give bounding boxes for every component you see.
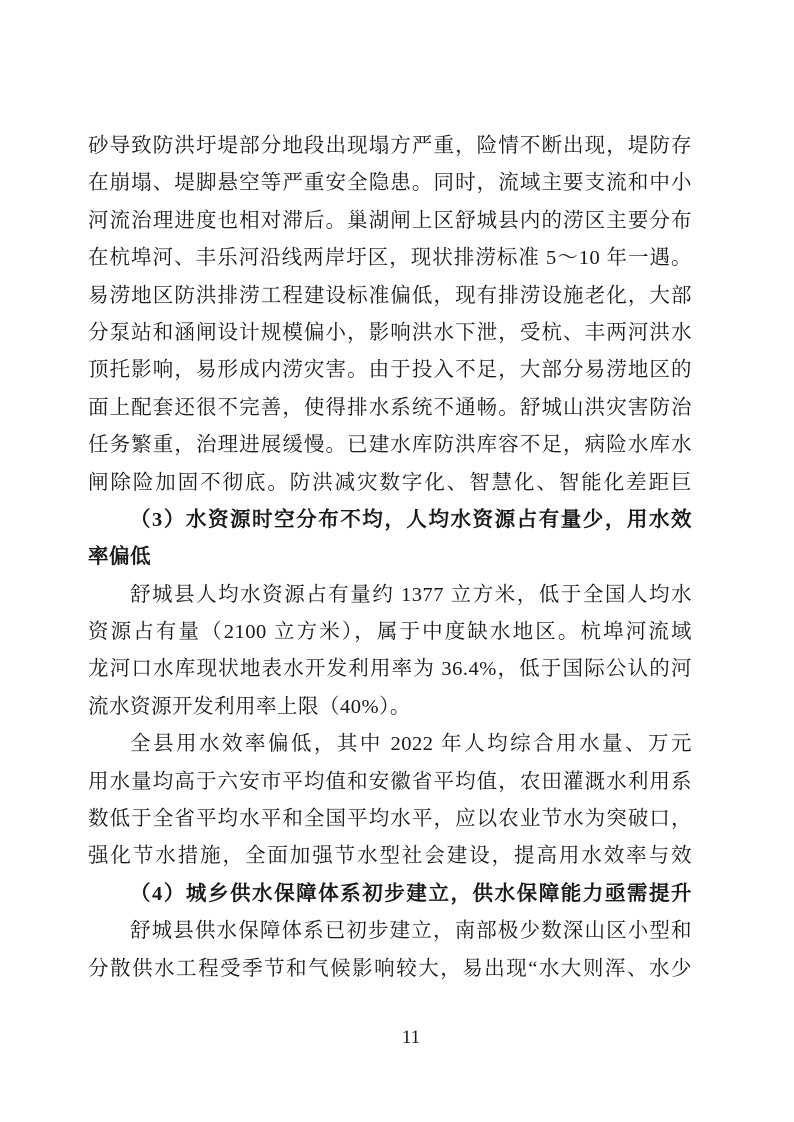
heading-line: （3）水资源时空分布不均，人均水资源占有量少，用水效 [88, 502, 692, 539]
body-line: 分散供水工程受季节和气候影响较大，易出现“水大则浑、水少 [88, 951, 692, 988]
body-line: 顶托影响，易形成内涝灾害。由于投入不足，大部分易涝地区的 [88, 352, 692, 389]
body-line: 龙河口水库现状地表水开发利用率为 36.4%，低于国际公认的河 [88, 651, 692, 688]
body-line: 砂导致防洪圩堤部分地段出现塌方严重，险情不断出现，堤防存 [88, 128, 692, 165]
body-line: 舒城县供水保障体系已初步建立，南部极少数深山区小型和 [88, 913, 692, 950]
heading-line: 率偏低 [88, 539, 692, 576]
text-block: 砂导致防洪圩堤部分地段出现塌方严重，险情不断出现，堤防存在崩塌、堤脚悬空等严重安… [88, 128, 692, 988]
body-line: 数低于全省平均水平和全国平均水平，应以农业节水为突破口， [88, 801, 692, 838]
body-line: 分泵站和涵闸设计规模偏小，影响洪水下泄，受杭、丰两河洪水 [88, 315, 692, 352]
body-line: 任务繁重，治理进展缓慢。已建水库防洪库容不足，病险水库水 [88, 427, 692, 464]
body-line: 在崩塌、堤脚悬空等严重安全隐患。同时，流域主要支流和中小 [88, 165, 692, 202]
body-line: 用水量均高于六安市平均值和安徽省平均值，农田灌溉水利用系 [88, 764, 692, 801]
body-line: 在杭埠河、丰乐河沿线两岸圩区，现状排涝标准 5～10 年一遇。 [88, 240, 692, 277]
body-line: 舒城县人均水资源占有量约 1377 立方米，低于全国人均水 [88, 577, 692, 614]
body-line: 河流治理进度也相对滞后。巢湖闸上区舒城县内的涝区主要分布 [88, 203, 692, 240]
body-line: 闸除险加固不彻底。防洪减灾数字化、智慧化、智能化差距巨大。 [88, 465, 692, 502]
page-number: 11 [14, 1025, 794, 1051]
body-line: 全县用水效率偏低，其中 2022 年人均综合用水量、万元 GDP [88, 726, 692, 763]
body-line: 流水资源开发利用率上限（40%）。 [88, 689, 692, 726]
heading-line: （4）城乡供水保障体系初步建立，供水保障能力亟需提升 [88, 876, 692, 913]
body-line: 资源占有量（2100 立方米），属于中度缺水地区。杭埠河流域 [88, 614, 692, 651]
body-line: 面上配套还很不完善，使得排水系统不通畅。舒城山洪灾害防治 [88, 390, 692, 427]
body-line: 强化节水措施，全面加强节水型社会建设，提高用水效率与效益。 [88, 838, 692, 875]
body-line: 易涝地区防洪排涝工程建设标准偏低，现有排涝设施老化，大部 [88, 278, 692, 315]
document-page: 砂导致防洪圩堤部分地段出现塌方严重，险情不断出现，堤防存在崩塌、堤脚悬空等严重安… [0, 0, 794, 1122]
